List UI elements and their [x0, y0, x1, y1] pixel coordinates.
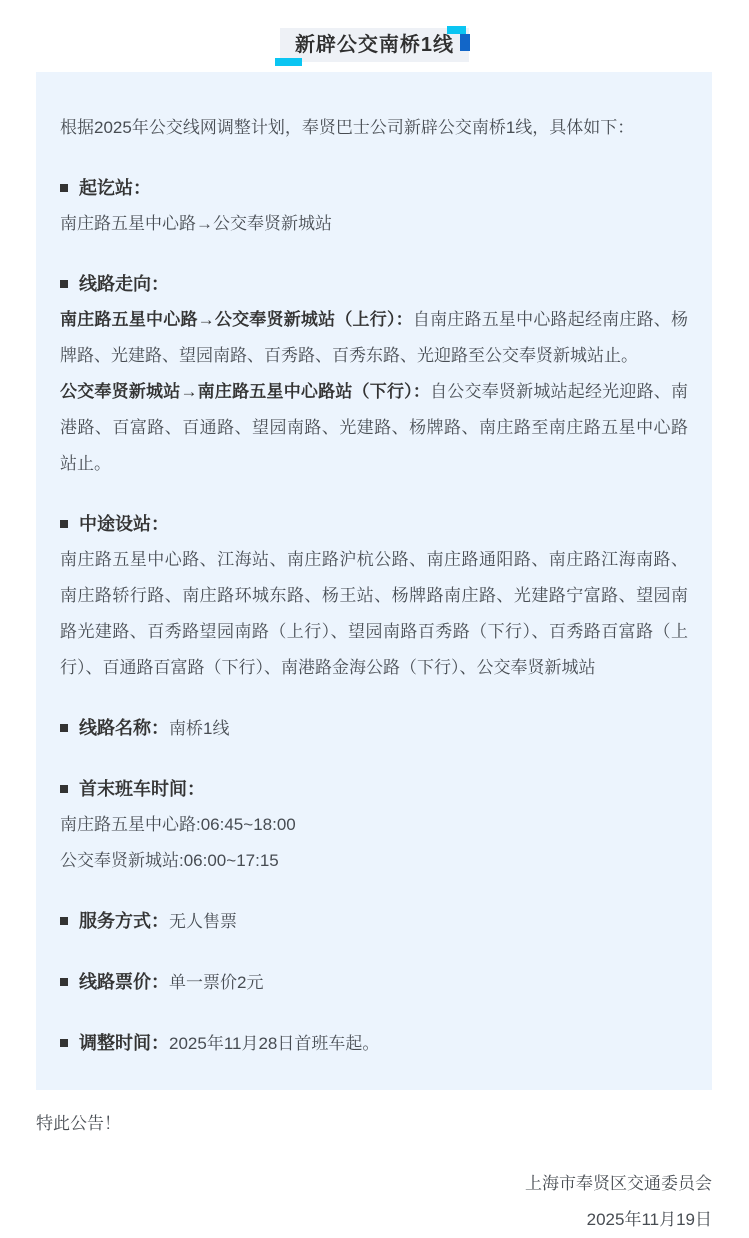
downline-lead: 公交奉贤新城站→南庄路五星中心路站（下行）： [60, 382, 430, 401]
title-row: 新辟公交南桥1线 [0, 0, 749, 62]
title-accent-top-bar-icon [447, 26, 466, 34]
bullet-square-icon [60, 917, 68, 925]
bullet-square-icon [60, 280, 68, 288]
page-title: 新辟公交南桥1线 [295, 34, 454, 56]
section-service-mode: 服务方式：无人售票 [60, 903, 688, 940]
downline-paragraph: 公交奉贤新城站→南庄路五星中心路站（下行）：自公交奉贤新城站起经光迎路、南港路、… [60, 374, 688, 482]
section-heading: 起讫站： [60, 170, 688, 206]
section-inline-value: 无人售票 [169, 912, 237, 931]
page-title-block: 新辟公交南桥1线 [280, 28, 469, 62]
section-body-line: 南庄路五星中心路→公交奉贤新城站 [60, 206, 688, 242]
section-heading: 调整时间：2025年11月28日首班车起。 [60, 1025, 688, 1062]
section-terminus: 起讫站： 南庄路五星中心路→公交奉贤新城站 [60, 170, 688, 242]
section-heading: 线路名称：南桥1线 [60, 710, 688, 747]
upline-lead: 南庄路五星中心路→公交奉贤新城站（上行）： [60, 310, 413, 329]
section-body-line: 南庄路五星中心路、江海站、南庄路沪杭公路、南庄路通阳路、南庄路江海南路、南庄路轿… [60, 542, 688, 686]
bullet-square-icon [60, 1039, 68, 1047]
section-inline-value: 南桥1线 [169, 719, 229, 738]
section-first-last-bus: 首末班车时间： 南庄路五星中心路:06:45~18:00 公交奉贤新城站:06:… [60, 771, 688, 879]
section-heading: 中途设站： [60, 506, 688, 542]
title-accent-corner-square-icon [460, 34, 470, 51]
section-heading: 服务方式：无人售票 [60, 903, 688, 940]
issue-date: 2025年11月19日 [0, 1202, 712, 1238]
bullet-square-icon [60, 184, 68, 192]
section-body-line: 公交奉贤新城站:06:00~17:15 [60, 843, 688, 879]
section-label: 首末班车时间： [79, 779, 205, 799]
upline-paragraph: 南庄路五星中心路→公交奉贤新城站（上行）：自南庄路五星中心路起经南庄路、杨牌路、… [60, 302, 688, 374]
section-fare: 线路票价：单一票价2元 [60, 964, 688, 1001]
section-label: 线路名称： [79, 718, 169, 738]
section-label: 调整时间： [79, 1033, 169, 1053]
section-label: 中途设站： [79, 514, 169, 534]
announcement-page: 新辟公交南桥1线 根据2025年公交线网调整计划，奉贤巴士公司新辟公交南桥1线，… [0, 0, 749, 1238]
bullet-square-icon [60, 520, 68, 528]
section-label: 起讫站： [79, 178, 151, 198]
section-heading: 线路走向： [60, 266, 688, 302]
section-route-direction: 线路走向： 南庄路五星中心路→公交奉贤新城站（上行）：自南庄路五星中心路起经南庄… [60, 266, 688, 482]
issuer-signature: 上海市奉贤区交通委员会 [0, 1166, 712, 1202]
intro-paragraph: 根据2025年公交线网调整计划，奉贤巴士公司新辟公交南桥1线，具体如下： [60, 110, 688, 146]
bullet-square-icon [60, 785, 68, 793]
section-intermediate-stops: 中途设站： 南庄路五星中心路、江海站、南庄路沪杭公路、南庄路通阳路、南庄路江海南… [60, 506, 688, 686]
section-body-line: 南庄路五星中心路:06:45~18:00 [60, 807, 688, 843]
section-label: 服务方式： [79, 911, 169, 931]
section-label: 线路走向： [79, 274, 169, 294]
section-inline-value: 单一票价2元 [169, 973, 263, 992]
section-inline-value: 2025年11月28日首班车起。 [169, 1034, 379, 1053]
section-effective-date: 调整时间：2025年11月28日首班车起。 [60, 1025, 688, 1062]
section-line-name: 线路名称：南桥1线 [60, 710, 688, 747]
section-heading: 线路票价：单一票价2元 [60, 964, 688, 1001]
section-heading: 首末班车时间： [60, 771, 688, 807]
closing-statement: 特此公告！ [36, 1106, 749, 1142]
bullet-square-icon [60, 978, 68, 986]
title-accent-bottom-bar-icon [275, 58, 302, 66]
bullet-square-icon [60, 724, 68, 732]
section-label: 线路票价： [79, 972, 169, 992]
notice-card: 根据2025年公交线网调整计划，奉贤巴士公司新辟公交南桥1线，具体如下： 起讫站… [36, 72, 712, 1090]
